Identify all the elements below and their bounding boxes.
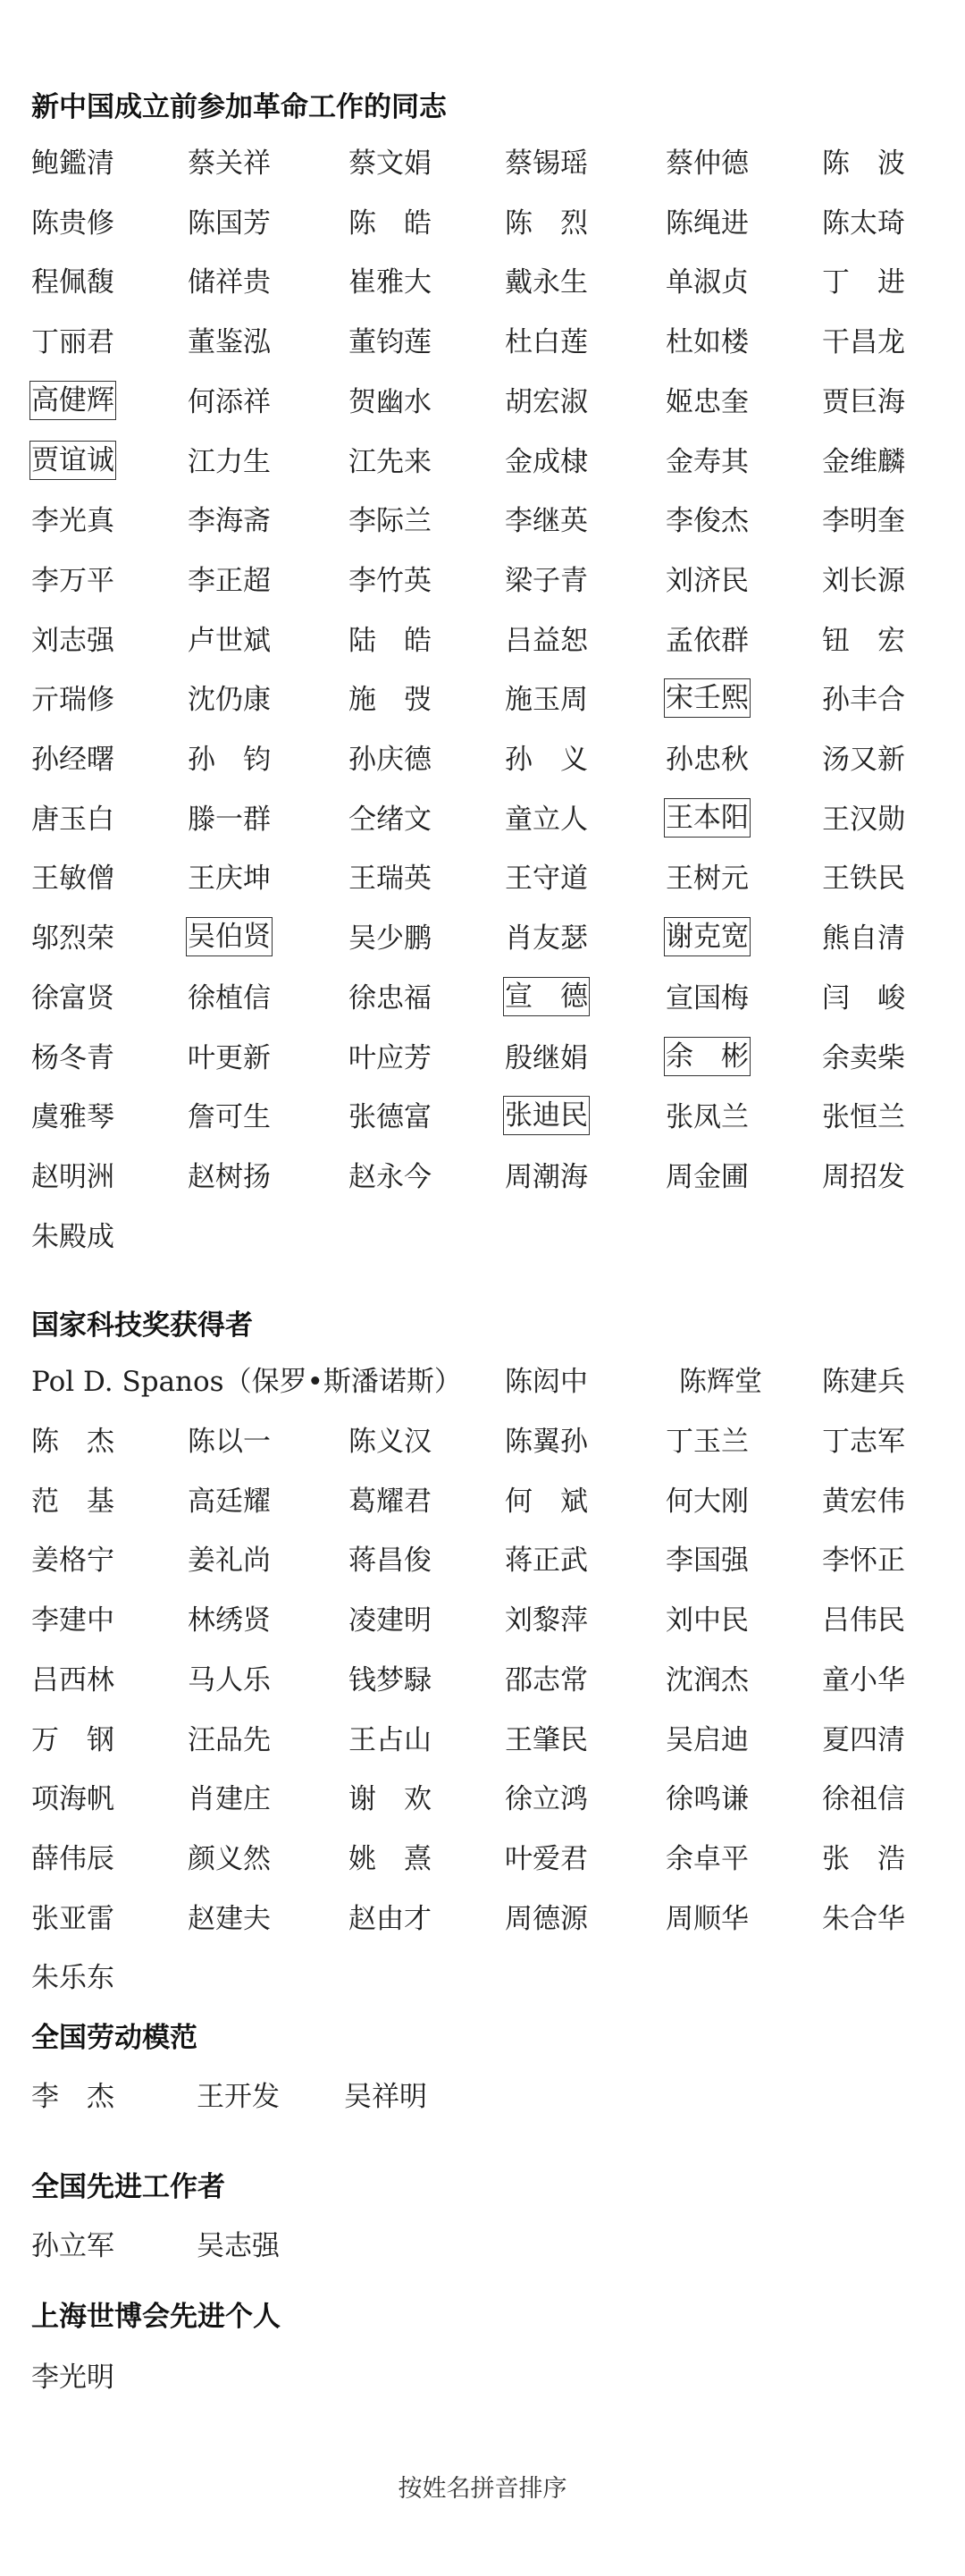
name-entry: 徐富贤 <box>31 981 114 1016</box>
name-entry: 孙 义 <box>505 742 588 778</box>
name-entry: 金寿其 <box>666 444 749 480</box>
name-entry: 赵树扬 <box>188 1159 271 1195</box>
name-entry: 李光明 <box>31 2360 114 2395</box>
name-entry: 谢 欢 <box>348 1781 432 1817</box>
name-entry: 余卖柴 <box>822 1040 905 1076</box>
name-entry: 亓瑞修 <box>31 682 114 718</box>
name-entry: 余卓平 <box>666 1841 749 1877</box>
name-entry: 王铁民 <box>822 861 905 897</box>
name-entry: 徐祖信 <box>822 1781 905 1817</box>
name-entry: 陈辉堂 <box>679 1364 762 1400</box>
name-entry: 周顺华 <box>666 1901 749 1937</box>
name-entry: 徐立鸿 <box>505 1781 588 1817</box>
name-entry: 黄宏伟 <box>822 1484 905 1520</box>
section-title: 新中国成立前参加革命工作的同志 <box>31 89 447 125</box>
name-entry: 林绣贤 <box>188 1603 271 1638</box>
name-entry: 陈 波 <box>822 146 905 181</box>
name-entry: 李光真 <box>31 503 114 539</box>
name-entry: 崔雅大 <box>348 265 432 300</box>
name-entry: 梁子青 <box>505 563 588 599</box>
name-entry: 姚 熹 <box>348 1841 432 1877</box>
name-entry: 杜如楼 <box>666 324 749 360</box>
name-entry: 沈仍康 <box>188 682 271 718</box>
name-entry: 贺幽水 <box>348 384 432 420</box>
name-entry: 童立人 <box>505 802 588 838</box>
name-entry: 王占山 <box>348 1722 432 1758</box>
name-entry: 卢世斌 <box>188 623 271 659</box>
name-entry: 吴志强 <box>197 2228 280 2264</box>
name-entry: 董鉴泓 <box>188 324 271 360</box>
name-entry: 王肇民 <box>505 1722 588 1758</box>
name-entry: 王瑞英 <box>348 861 432 897</box>
name-entry: 吕伟民 <box>822 1603 905 1638</box>
name-entry: 赵由才 <box>348 1901 432 1937</box>
name-entry: 李国强 <box>666 1543 749 1578</box>
name-entry: 姜格宁 <box>31 1543 114 1578</box>
name-entry: 万 钢 <box>31 1722 114 1758</box>
name-entry: 陈贵修 <box>31 206 114 241</box>
highlighted-name: 高健辉 <box>29 381 116 420</box>
name-entry: 徐鸣谦 <box>666 1781 749 1817</box>
name-entry: 陈 杰 <box>31 1424 114 1460</box>
name-entry: 陈 烈 <box>505 206 588 241</box>
name-entry: 金维麟 <box>822 444 905 480</box>
name-entry: 江力生 <box>188 444 271 480</box>
name-entry: 吴少鹏 <box>348 921 432 956</box>
name-entry: 李建中 <box>31 1603 114 1638</box>
highlighted-name: 余 彬 <box>664 1037 751 1076</box>
name-entry: 杨冬青 <box>31 1040 114 1076</box>
name-entry: 葛耀君 <box>348 1484 432 1520</box>
name-entry: 钱梦騄 <box>348 1663 432 1698</box>
section-title: 全国劳动模范 <box>31 2020 197 2056</box>
name-entry: 刘黎萍 <box>505 1603 588 1638</box>
name-entry: 夏四清 <box>822 1722 905 1758</box>
name-entry: 王敏僧 <box>31 861 114 897</box>
name-entry: 施 弢 <box>348 682 432 718</box>
name-entry: 何添祥 <box>188 384 271 420</box>
name-entry: 薛伟辰 <box>31 1841 114 1877</box>
highlighted-name: 谢克宽 <box>664 917 751 956</box>
name-entry: 蔡仲德 <box>666 146 749 181</box>
name-entry: 朱乐东 <box>31 1960 114 1996</box>
name-entry: 陈以一 <box>188 1424 271 1460</box>
name-entry: 李际兰 <box>348 503 432 539</box>
name-entry: 邵志常 <box>505 1663 588 1698</box>
name-entry: 童小华 <box>822 1663 905 1698</box>
name-entry: 钮 宏 <box>822 623 905 659</box>
highlighted-name: 宋壬熙 <box>664 678 751 718</box>
name-entry: 周金圃 <box>666 1159 749 1195</box>
name-entry: 陈义汉 <box>348 1424 432 1460</box>
name-entry: 孙 钧 <box>188 742 271 778</box>
name-entry: 马人乐 <box>188 1663 271 1698</box>
name-entry: 孙立军 <box>31 2228 114 2264</box>
name-entry: 张恒兰 <box>822 1099 905 1135</box>
name-entry: 肖建庄 <box>188 1781 271 1817</box>
name-entry: 周招发 <box>822 1159 905 1195</box>
name-entry: 周德源 <box>505 1901 588 1937</box>
name-entry: 吕西林 <box>31 1663 114 1698</box>
name-entry: 干昌龙 <box>822 324 905 360</box>
name-entry: 汪品先 <box>188 1722 271 1758</box>
name-entry: 蔡关祥 <box>188 146 271 181</box>
name-entry: 丁志军 <box>822 1424 905 1460</box>
name-entry: 虞雅琴 <box>31 1099 114 1135</box>
name-entry: 范 基 <box>31 1484 114 1520</box>
name-entry: Pol D. Spanos（保罗•斯潘诺斯） <box>31 1364 462 1400</box>
name-entry: 蔡文娟 <box>348 146 432 181</box>
name-entry: 李海斋 <box>188 503 271 539</box>
name-entry: 李 杰 <box>31 2079 114 2115</box>
name-entry: 贾巨海 <box>822 384 905 420</box>
name-entry: 徐植信 <box>188 981 271 1016</box>
name-entry: 张德富 <box>348 1099 432 1135</box>
highlighted-name: 王本阳 <box>664 798 751 838</box>
name-entry: 肖友瑟 <box>505 921 588 956</box>
name-entry: 孙庆德 <box>348 742 432 778</box>
name-entry: 陈 皓 <box>348 206 432 241</box>
name-entry: 宣国梅 <box>666 981 749 1016</box>
name-entry: 蔡锡瑶 <box>505 146 588 181</box>
name-entry: 仝绪文 <box>348 802 432 838</box>
name-entry: 叶爱君 <box>505 1841 588 1877</box>
name-entry: 闫 峻 <box>822 981 905 1016</box>
name-entry: 凌建明 <box>348 1603 432 1638</box>
name-entry: 蒋正武 <box>505 1543 588 1578</box>
name-entry: 叶应芳 <box>348 1040 432 1076</box>
name-entry: 吴启迪 <box>666 1722 749 1758</box>
name-entry: 陈翼孙 <box>505 1424 588 1460</box>
name-entry: 张亚雷 <box>31 1901 114 1937</box>
name-entry: 孙经曙 <box>31 742 114 778</box>
name-entry: 张凤兰 <box>666 1099 749 1135</box>
name-entry: 吴祥明 <box>344 2079 427 2115</box>
name-entry: 单淑贞 <box>666 265 749 300</box>
name-entry: 董钧莲 <box>348 324 432 360</box>
name-entry: 滕一群 <box>188 802 271 838</box>
name-entry: 李万平 <box>31 563 114 599</box>
name-entry: 王汉勋 <box>822 802 905 838</box>
name-entry: 唐玉白 <box>31 802 114 838</box>
highlighted-name: 张迪民 <box>503 1096 590 1135</box>
name-entry: 李继英 <box>505 503 588 539</box>
name-entry: 陈建兵 <box>822 1364 905 1400</box>
name-entry: 刘长源 <box>822 563 905 599</box>
name-entry: 杜白莲 <box>505 324 588 360</box>
name-entry: 胡宏淑 <box>505 384 588 420</box>
name-entry: 赵建夫 <box>188 1901 271 1937</box>
name-entry: 陆 皓 <box>348 623 432 659</box>
name-entry: 徐忠福 <box>348 981 432 1016</box>
name-entry: 何 斌 <box>505 1484 588 1520</box>
name-entry: 吕益恕 <box>505 623 588 659</box>
name-entry: 金成棣 <box>505 444 588 480</box>
name-entry: 程佩馥 <box>31 265 114 300</box>
section-title: 全国先进工作者 <box>31 2169 225 2205</box>
name-entry: 姜礼尚 <box>188 1543 271 1578</box>
name-entry: 刘济民 <box>666 563 749 599</box>
name-entry: 李明奎 <box>822 503 905 539</box>
name-entry: 朱殿成 <box>31 1219 114 1255</box>
name-entry: 沈润杰 <box>666 1663 749 1698</box>
name-entry: 高廷耀 <box>188 1484 271 1520</box>
name-entry: 周潮海 <box>505 1159 588 1195</box>
highlighted-name: 贾谊诚 <box>29 441 116 480</box>
name-entry: 刘中民 <box>666 1603 749 1638</box>
name-entry: 陈绳进 <box>666 206 749 241</box>
name-entry: 叶更新 <box>188 1040 271 1076</box>
name-entry: 孙丰合 <box>822 682 905 718</box>
name-entry: 张 浩 <box>822 1841 905 1877</box>
name-entry: 陈国芳 <box>188 206 271 241</box>
name-entry: 李怀正 <box>822 1543 905 1578</box>
name-entry: 王开发 <box>197 2079 280 2115</box>
name-entry: 何大刚 <box>666 1484 749 1520</box>
name-entry: 赵明洲 <box>31 1159 114 1195</box>
name-entry: 项海帆 <box>31 1781 114 1817</box>
highlighted-name: 宣 德 <box>503 977 590 1016</box>
name-entry: 邬烈荣 <box>31 921 114 956</box>
name-entry: 朱合华 <box>822 1901 905 1937</box>
name-entry: 储祥贵 <box>188 265 271 300</box>
name-entry: 李俊杰 <box>666 503 749 539</box>
name-entry: 颜义然 <box>188 1841 271 1877</box>
name-entry: 汤又新 <box>822 742 905 778</box>
name-entry: 孟依群 <box>666 623 749 659</box>
name-entry: 殷继娟 <box>505 1040 588 1076</box>
name-entry: 施玉周 <box>505 682 588 718</box>
name-entry: 李正超 <box>188 563 271 599</box>
name-entry: 刘志强 <box>31 623 114 659</box>
name-entry: 鲍鑑清 <box>31 146 114 181</box>
name-entry: 赵永今 <box>348 1159 432 1195</box>
name-entry: 王守道 <box>505 861 588 897</box>
name-entry: 陈太琦 <box>822 206 905 241</box>
name-entry: 江先来 <box>348 444 432 480</box>
name-entry: 王树元 <box>666 861 749 897</box>
name-entry: 丁玉兰 <box>666 1424 749 1460</box>
name-entry: 丁丽君 <box>31 324 114 360</box>
section-title: 国家科技奖获得者 <box>31 1308 253 1343</box>
name-entry: 丁 进 <box>822 265 905 300</box>
name-entry: 詹可生 <box>188 1099 271 1135</box>
name-entry: 姬忠奎 <box>666 384 749 420</box>
name-entry: 蒋昌俊 <box>348 1543 432 1578</box>
section-title: 上海世博会先进个人 <box>31 2299 281 2335</box>
name-entry: 孙忠秋 <box>666 742 749 778</box>
name-entry: 陈闳中 <box>505 1364 588 1400</box>
name-entry: 李竹英 <box>348 563 432 599</box>
name-entry: 戴永生 <box>505 265 588 300</box>
name-entry: 王庆坤 <box>188 861 271 897</box>
highlighted-name: 吴伯贤 <box>186 917 273 956</box>
sort-note: 按姓名拼音排序 <box>0 2473 965 2505</box>
name-entry: 熊自清 <box>822 921 905 956</box>
